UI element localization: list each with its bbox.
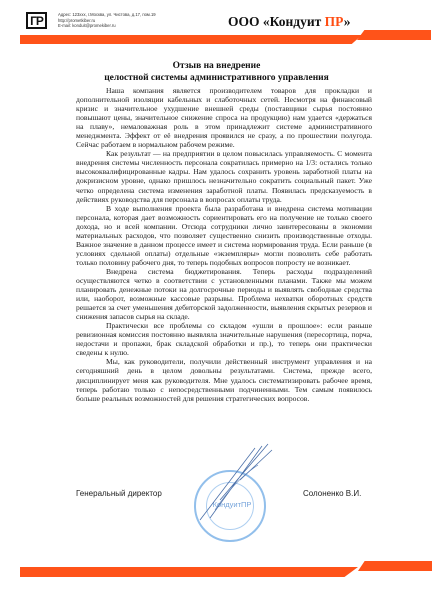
paragraph: Наша компания является производителем то… [76, 86, 372, 149]
company-logo: ГР [26, 12, 47, 29]
paragraph: В ходе выполнения проекта была разработа… [76, 204, 372, 267]
company-name-prefix: ООО «Кондуит [228, 14, 325, 29]
footer-stripe-left [20, 567, 358, 577]
company-name-accent: ПР [325, 14, 344, 29]
footer-stripe-right [358, 561, 432, 571]
company-name: ООО «Кондуит ПР» [228, 14, 350, 30]
header-stripe-right [357, 30, 431, 40]
document-body: Наша компания является производителем то… [76, 86, 372, 403]
address-line: Адрес: 123xxx, г.Москва, ул. Чистова, д.… [58, 12, 156, 18]
paragraph: Мы, как руководители, получили действенн… [76, 357, 372, 402]
company-name-suffix: » [344, 14, 351, 29]
signatory-name: Солоненко В.И. [303, 489, 361, 498]
email-line: E-mail: konduit@promekiber.ru [58, 23, 156, 29]
letter-page: ГР Адрес: 123xxx, г.Москва, ул. Чистова,… [0, 0, 433, 600]
header-stripe-left [20, 35, 362, 44]
handwritten-signature-icon [180, 440, 290, 530]
title-line-1: Отзыв на внедрение [0, 60, 433, 72]
paragraph: Практически все проблемы со складом «ушл… [76, 321, 372, 357]
title-line-2: целостной системы административного упра… [0, 72, 433, 84]
paragraph: Внедрена система бюджетирования. Теперь … [76, 267, 372, 321]
contact-block: Адрес: 123xxx, г.Москва, ул. Чистова, д.… [58, 12, 156, 29]
document-title: Отзыв на внедрение целостной системы адм… [0, 60, 433, 84]
signatory-role: Генеральный директор [76, 489, 162, 498]
paragraph: Как результат — на предприятии в целом п… [76, 149, 372, 203]
